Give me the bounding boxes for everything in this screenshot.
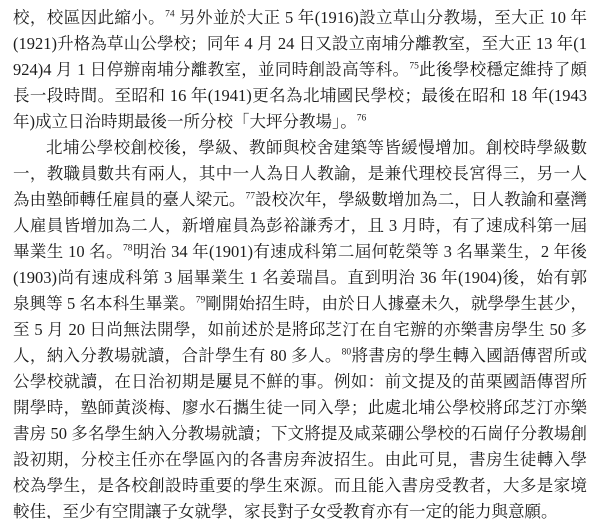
paragraph: 校，校區因此縮小。74 另外並於大正 5 年(1916)設立草山分教場，至大正 …	[13, 5, 587, 135]
footnote-ref: 79	[196, 296, 206, 306]
body-text: 校，校區因此縮小。	[13, 8, 165, 27]
document-page: 校，校區因此縮小。74 另外並於大正 5 年(1916)設立草山分教場，至大正 …	[0, 0, 600, 519]
footnote-ref: 76	[357, 114, 367, 124]
footnote-ref: 74	[165, 10, 175, 20]
footnote-ref: 77	[245, 192, 255, 202]
paragraph: 北埔公學校創校後，學級、教師與校舍建築等皆緩慢增加。創校時學級數一，教職員數共有…	[13, 135, 587, 519]
footnote-ref: 80	[342, 348, 352, 358]
footnote-ref: 75	[409, 62, 419, 72]
body-text: 將書房的學生轉入國語傳習所或公學校就讀，在日治初期是屢見不鮮的事。例如：前文提及…	[13, 346, 587, 519]
